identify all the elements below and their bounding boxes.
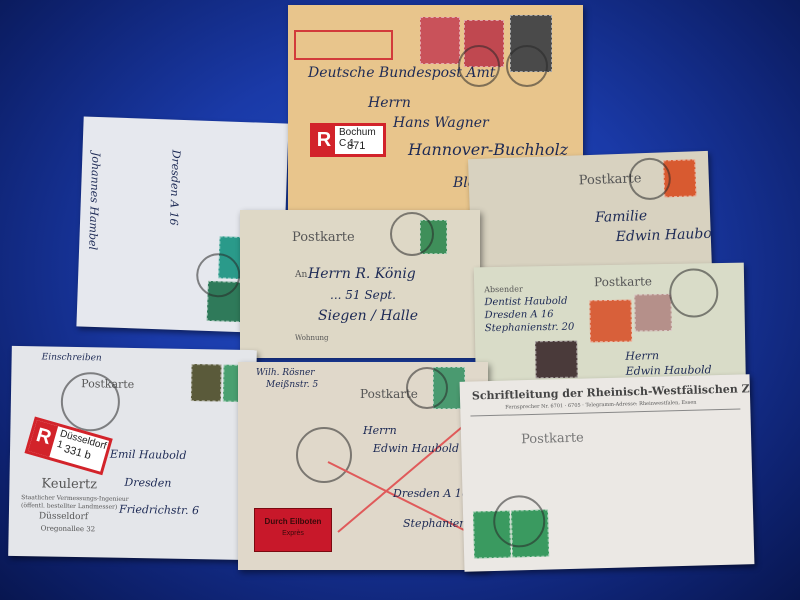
postmark bbox=[506, 45, 548, 87]
addressee-line: Familie bbox=[595, 208, 648, 226]
sender-line: Dentist Haubold bbox=[484, 296, 567, 308]
card-title: Postkarte bbox=[594, 274, 652, 289]
addressee-line: Herrn R. König bbox=[308, 266, 416, 282]
sender-street: Oregonallee 32 bbox=[41, 524, 96, 533]
sender-line: Meißnstr. 5 bbox=[266, 380, 318, 390]
addressee-line: ... 51 Sept. bbox=[330, 288, 396, 302]
sender-name: Keulertz bbox=[41, 476, 97, 492]
stamp bbox=[191, 364, 222, 402]
reg-number: 871 bbox=[347, 140, 365, 152]
addressee-line: Dresden bbox=[124, 476, 171, 490]
addressee-line: Edwin Haubold bbox=[373, 442, 459, 455]
addressee-line: Edwin Haubold bbox=[616, 225, 713, 245]
reg-letter: R bbox=[313, 126, 335, 154]
express-label: Durch Eilboten Exprès bbox=[254, 508, 332, 552]
handwritten-note: Einschreiben bbox=[42, 352, 102, 363]
stamp bbox=[420, 17, 460, 64]
card-title: Postkarte bbox=[521, 431, 584, 448]
card-subheader: Fernsprecher Nr. 6701 · 6705 · Telegramm… bbox=[505, 400, 696, 411]
postmark bbox=[390, 212, 434, 256]
express-label-line: Exprès bbox=[255, 530, 331, 537]
registration-label: R Bochum C 1 871 bbox=[310, 123, 386, 157]
addressee-line: Deutsche Bundespost Amt bbox=[308, 65, 495, 81]
zeitung-card: Schriftleitung der Rheinisch-Westfälisch… bbox=[460, 374, 755, 572]
keulertz-card: Einschreiben Postkarte R Düsseldorf 1 33… bbox=[8, 346, 257, 560]
addressee-line: Emil Haubold bbox=[110, 448, 187, 462]
card-header: Schriftleitung der Rheinisch-Westfälisch… bbox=[472, 380, 755, 402]
addressee-line: Herrn bbox=[363, 424, 397, 437]
note: Wohnung bbox=[295, 334, 328, 342]
stamp bbox=[634, 294, 672, 332]
express-card: Wilh. Rösner Meißnstr. 5 Postkarte Herrn… bbox=[238, 362, 488, 570]
express-label-line: Durch Eilboten bbox=[255, 517, 331, 526]
card-title: Postkarte bbox=[292, 230, 355, 245]
addressee-line: Herrn bbox=[368, 95, 411, 111]
stamp bbox=[535, 341, 578, 379]
postkarte-right-top: Postkarte Familie Edwin Haubold bbox=[468, 151, 712, 279]
addressee-line: Dresden A 16 bbox=[393, 487, 469, 500]
sender-label: Absender bbox=[484, 285, 523, 295]
addressee-line: Herrn bbox=[625, 349, 659, 363]
addressee-line: Siegen / Halle bbox=[318, 308, 418, 324]
addressee-name: Johannes Hambel bbox=[86, 152, 102, 251]
postmark bbox=[60, 372, 120, 432]
reg-letter: R bbox=[28, 420, 58, 457]
addressee-line: Friedrichstr. 6 bbox=[119, 503, 199, 517]
sender-line: Dresden A 16 bbox=[485, 309, 554, 321]
red-box bbox=[294, 30, 393, 60]
addressee-line: Hans Wagner bbox=[393, 115, 489, 131]
stamp bbox=[589, 300, 632, 343]
sender-city: Düsseldorf bbox=[39, 511, 88, 522]
postmark bbox=[669, 268, 719, 318]
addressee: Johannes Hambel bbox=[86, 152, 102, 251]
sender-line: Wilh. Rösner bbox=[256, 368, 315, 378]
sender-desc: (öffentl. bestellter Landmesser) bbox=[21, 502, 117, 511]
postkarte-center: Postkarte An Herrn R. König ... 51 Sept.… bbox=[240, 210, 480, 358]
label-an: An bbox=[295, 270, 307, 280]
sender-line: Stephanienstr. 20 bbox=[485, 322, 575, 335]
addressee-city: Dresden A 16 bbox=[167, 150, 183, 226]
